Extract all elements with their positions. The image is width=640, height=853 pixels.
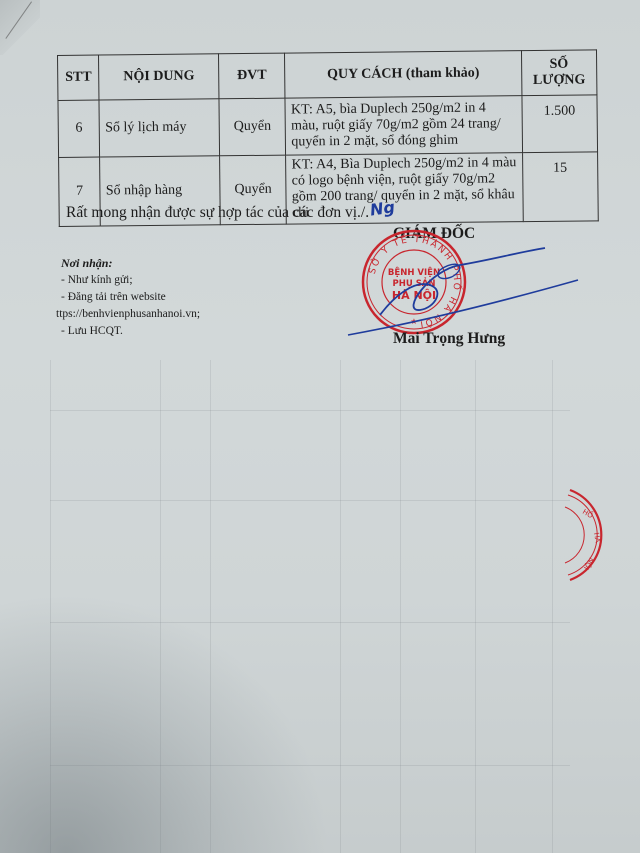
signer-name: Mai Trọng Hưng (393, 330, 505, 348)
photo-shadow (0, 593, 330, 853)
cell-noi-dung: Sổ lý lịch máy (99, 99, 219, 157)
specification-table: STT NỘI DUNG ĐVT QUY CÁCH (tham khảo) SỐ… (57, 49, 599, 227)
recipient-item: - Lưu HCQT. (56, 323, 200, 340)
header-so-luong-line2: LƯỢNG (533, 72, 586, 88)
cell-stt: 6 (58, 100, 100, 157)
svg-text:NỘI: NỘI (582, 556, 596, 572)
header-dvt: ĐVT (218, 53, 285, 99)
handwritten-initial: Ng (369, 197, 396, 219)
header-quy-cach: QUY CÁCH (tham khảo) (285, 51, 522, 98)
header-so-luong: SỐ LƯỢNG (521, 50, 597, 96)
cell-so-luong: 15 (522, 152, 598, 222)
recipients-title: Nơi nhận: (61, 255, 200, 272)
closing-text: Rất mong nhận được sự hợp tác của các đơ… (66, 204, 369, 222)
header-noi-dung: NỘI DUNG (99, 54, 219, 100)
svg-text:HÀ: HÀ (592, 532, 603, 544)
cell-quy-cach: KT: A5, bìa Duplech 250g/m2 in 4 màu, ru… (285, 96, 522, 155)
cell-so-luong: 1.500 (522, 95, 598, 153)
header-so-luong-line1: SỐ (550, 57, 569, 72)
header-stt: STT (58, 55, 100, 100)
table-row: 6 Sổ lý lịch máy Quyển KT: A5, bìa Duple… (58, 95, 598, 158)
recipient-item: - Đăng tải trên website (56, 289, 200, 306)
recipient-item: - Như kính gửi; (56, 272, 200, 289)
cell-dvt: Quyển (219, 98, 286, 156)
table-header-row: STT NỘI DUNG ĐVT QUY CÁCH (tham khảo) SỐ… (58, 50, 597, 101)
recipients-block: Nơi nhận: - Như kính gửi; - Đăng tải trê… (56, 255, 200, 340)
recipient-website-link[interactable]: ttps://benhvienphusanhanoi.vn; (56, 306, 200, 323)
partial-stamp-icon: HỒ HÀ NỘI (560, 485, 620, 585)
page-corner-fold (0, 0, 40, 55)
